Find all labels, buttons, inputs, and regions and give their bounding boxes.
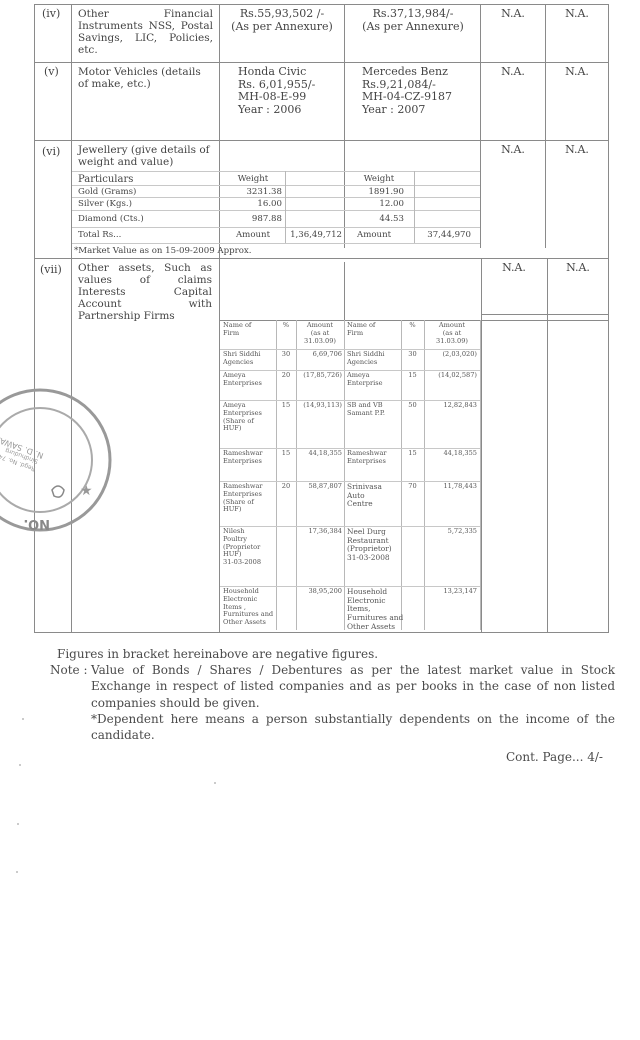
jewellery-item-weight: 44.53	[344, 214, 404, 224]
firm-name: Rameshwar Enterprises	[223, 450, 278, 466]
row-divider	[34, 258, 609, 259]
svg-text:N. D. SAWANT: N. D. SAWANT	[0, 432, 45, 460]
firm-header-amount: Amount (as at 31.03.09)	[296, 322, 344, 345]
dependent2-value: N.A.	[547, 8, 607, 21]
table-col-divider	[344, 4, 345, 248]
svg-text:★: ★	[80, 483, 93, 499]
jewellery-header-weight: Weight	[222, 174, 284, 184]
table-col-divider	[480, 4, 481, 248]
jewellery-item-weight: 987.88	[222, 214, 282, 224]
firm-name: Shri Siddhi Agencies	[347, 351, 405, 367]
firm-percent: 30	[276, 351, 296, 359]
jewellery-item-label: Gold (Grams)	[78, 187, 136, 197]
firm-name: Shri Siddhi Agencies	[223, 351, 278, 367]
row-description: Other Financial Instruments NSS, Postal …	[78, 8, 213, 56]
firm-percent: 15	[401, 450, 424, 458]
firm-amount: (2,03,020)	[424, 351, 477, 359]
firm-percent: 70	[401, 483, 424, 491]
firm-amount: 44,18,355	[424, 450, 477, 458]
dependent1-value: N.A.	[482, 144, 544, 157]
firm-percent: 20	[276, 372, 296, 380]
row-divider	[34, 140, 609, 141]
firm-header-percent: %	[276, 322, 296, 330]
continued-page: Cont. Page... 4/-	[50, 749, 615, 765]
row-divider	[34, 62, 609, 63]
firm-percent: 50	[401, 402, 424, 410]
jewellery-total-amount-label: Amount	[222, 230, 284, 240]
svg-text:Regd. No. 748: Regd. No. 748	[0, 451, 36, 472]
jewellery-grid-line	[72, 171, 480, 172]
dependent1-value: N.A.	[482, 66, 544, 79]
firm-header-name: Name of Firm	[347, 322, 402, 338]
spouse-value: Mercedes Benz Rs.9,21,084/- MH-04-CZ-918…	[362, 66, 478, 117]
firm-name: Nilesh Poultry (Proprietor HUF) 31-03-20…	[223, 528, 278, 567]
firm-percent: 15	[401, 372, 424, 380]
firm-amount: 17,36,384	[296, 528, 342, 536]
dependent-note: *Dependent here means a person substanti…	[91, 711, 615, 743]
footer-notes: Figures in bracket hereinabove are negat…	[50, 646, 615, 765]
firm-name: Ameya Enterprises (Share of HUF)	[223, 402, 278, 433]
jewellery-item-label: Diamond (Cts.)	[78, 214, 144, 224]
note-text: Value of Bonds / Shares / Debentures as …	[91, 662, 615, 711]
dependent1-value: N.A.	[482, 262, 546, 275]
row-description: Other assets, Such as values of claims I…	[78, 262, 212, 322]
firm-amount: (14,93,113)	[296, 402, 342, 410]
row-number: (iv)	[42, 8, 60, 21]
firm-header-name: Name of Firm	[223, 322, 273, 338]
firm-header-percent: %	[401, 322, 424, 330]
row-description: Jewellery (give details of weight and va…	[78, 144, 218, 168]
document-page: (iv) Other Financial Instruments NSS, Po…	[0, 0, 640, 1040]
jewellery-grid-line	[72, 227, 480, 228]
firms-grid-line	[296, 320, 297, 630]
table-border-bottom	[34, 632, 609, 633]
table-col-divider	[344, 262, 345, 320]
firm-name: Household Electronic Items , Furnitures …	[223, 588, 278, 627]
dependent1-value: N.A.	[482, 8, 544, 21]
jewellery-item-weight: 1891.90	[344, 187, 404, 197]
jewellery-grid-line	[72, 210, 480, 211]
jewellery-item-weight: 3231.38	[222, 187, 282, 197]
firm-name: Rameshwar Enterprises (Share of HUF)	[223, 483, 278, 514]
firm-amount: 44,18,355	[296, 450, 342, 458]
dependent-block: *Dependent here means a person substanti…	[50, 711, 615, 743]
firm-name: Ameya Enterprises	[223, 372, 278, 388]
firm-amount: (17,85,726)	[296, 372, 342, 380]
firm-name: Srinivasa Auto Centre	[347, 483, 405, 509]
negative-figures-note: Figures in bracket hereinabove are negat…	[57, 646, 615, 662]
jewellery-header-weight: Weight	[344, 174, 414, 184]
self-value: Honda Civic Rs. 6,01,955/- MH-08-E-99 Ye…	[238, 66, 342, 117]
firms-grid-line	[424, 320, 425, 630]
firm-amount: 38,95,200	[296, 588, 342, 596]
jewellery-total-amount: 1,36,49,712	[286, 230, 342, 240]
spouse-value: Rs.37,13,984/- (As per Annexure)	[347, 8, 479, 33]
svg-text:NO.: NO.	[23, 516, 50, 531]
table-border-right	[608, 4, 609, 632]
table-col-divider	[545, 4, 546, 248]
firm-percent: 30	[401, 351, 424, 359]
dependent2-value: N.A.	[547, 66, 607, 79]
dependent2-value: N.A.	[547, 144, 607, 157]
self-value: Rs.55,93,502 /- (As per Annexure)	[222, 8, 342, 33]
jewellery-item-weight: 16.00	[222, 199, 282, 209]
jewellery-total-amount-label: Amount	[357, 230, 391, 240]
firm-percent: 15	[276, 450, 296, 458]
firms-grid-line	[344, 320, 345, 630]
firm-amount: 13,23,147	[424, 588, 477, 596]
jewellery-total-label: Total Rs...	[78, 230, 121, 240]
table-border-left	[34, 4, 35, 632]
row-number: (vii)	[40, 264, 62, 277]
firm-name: Neel Durg Restaurant (Proprietor) 31-03-…	[347, 528, 405, 563]
firm-amount: 58,87,807	[296, 483, 342, 491]
firms-grid-line	[480, 320, 481, 630]
firm-amount: 5,72,335	[424, 528, 477, 536]
svg-text:GOVT. OF INDIA: GOVT. OF INDIA	[0, 445, 1, 498]
row-number: (vi)	[42, 146, 60, 159]
firm-amount: 6,69,706	[296, 351, 342, 359]
firm-name: Ameya Enterprise	[347, 372, 405, 388]
table-col-divider	[219, 4, 220, 632]
official-seal-stamp: GOVT. OF INDIA NO. N. D. SAWANT Sindhudu…	[0, 380, 120, 540]
table-border-top	[34, 4, 609, 5]
firm-percent: 20	[276, 483, 296, 491]
row-divider	[481, 314, 609, 315]
firm-name: Household Electronic Items, Furnitures a…	[347, 588, 405, 632]
jewellery-item-label: Silver (Kgs.)	[78, 199, 132, 209]
firm-name: SB and VB Samant P.P.	[347, 402, 405, 418]
jewellery-grid-line	[72, 243, 480, 244]
table-col-divider	[71, 4, 72, 632]
note-label: Note :	[50, 662, 91, 711]
dependent2-value: N.A.	[548, 262, 608, 275]
jewellery-total-amount: 37,44,970	[415, 230, 471, 240]
jewellery-header-particulars: Particulars	[78, 174, 133, 186]
firm-name: Rameshwar Enterprises	[347, 450, 405, 466]
market-value-note: *Market Value as on 15-09-2009 Approx.	[74, 246, 252, 256]
firm-header-amount: Amount (as at 31.03.09)	[424, 322, 480, 345]
firm-amount: (14,02,587)	[424, 372, 477, 380]
jewellery-item-weight: 12.00	[344, 199, 404, 209]
firm-amount: 11,78,443	[424, 483, 477, 491]
firm-percent: 15	[276, 402, 296, 410]
row-description: Motor Vehicles (details of make, etc.)	[78, 66, 213, 90]
firm-amount: 12,82,843	[424, 402, 477, 410]
row-number: (v)	[44, 66, 59, 79]
note-block: Note : Value of Bonds / Shares / Debentu…	[50, 662, 615, 711]
